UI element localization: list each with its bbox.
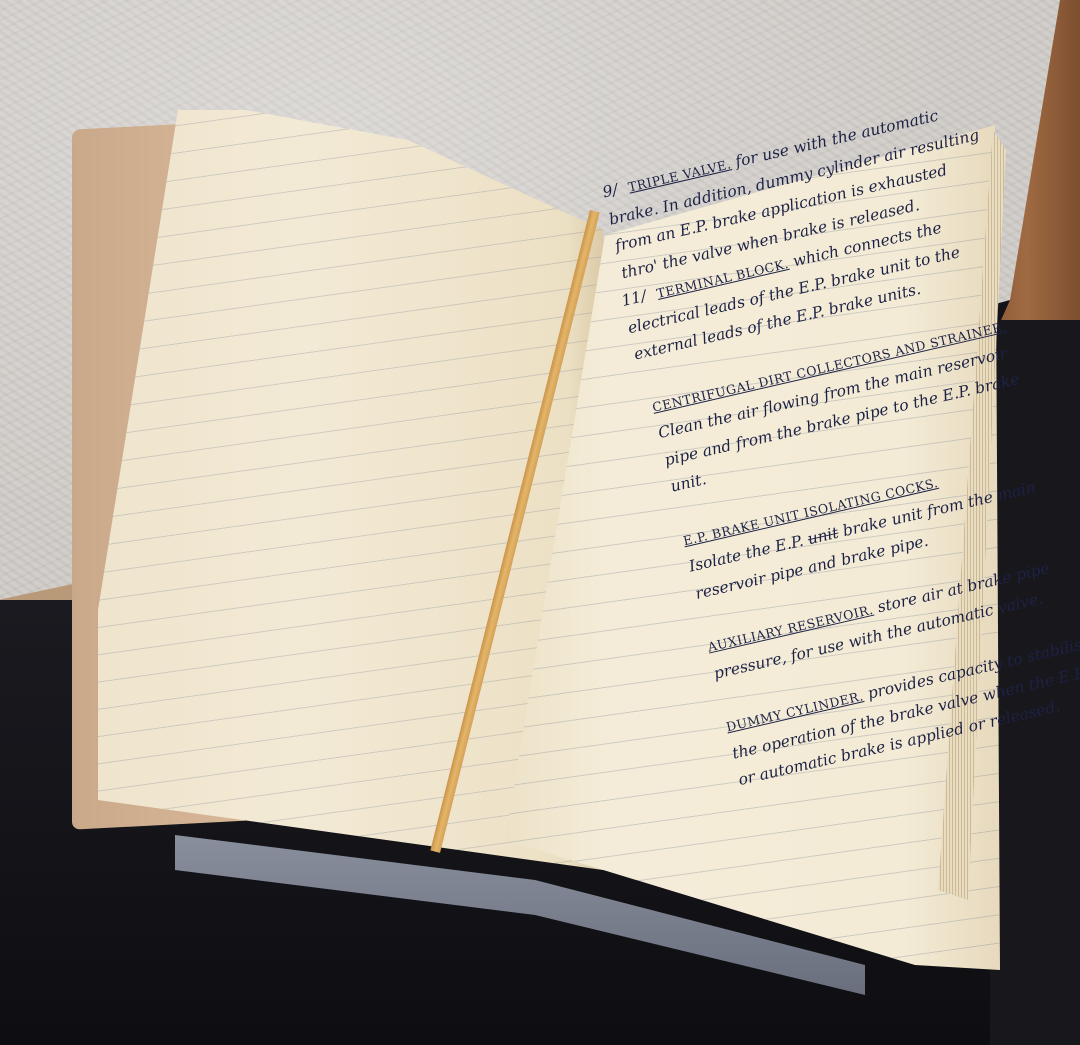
entry-number: 11/ [620, 287, 648, 310]
struck-word: unit [806, 524, 840, 549]
entry-number: 9/ [601, 181, 620, 202]
